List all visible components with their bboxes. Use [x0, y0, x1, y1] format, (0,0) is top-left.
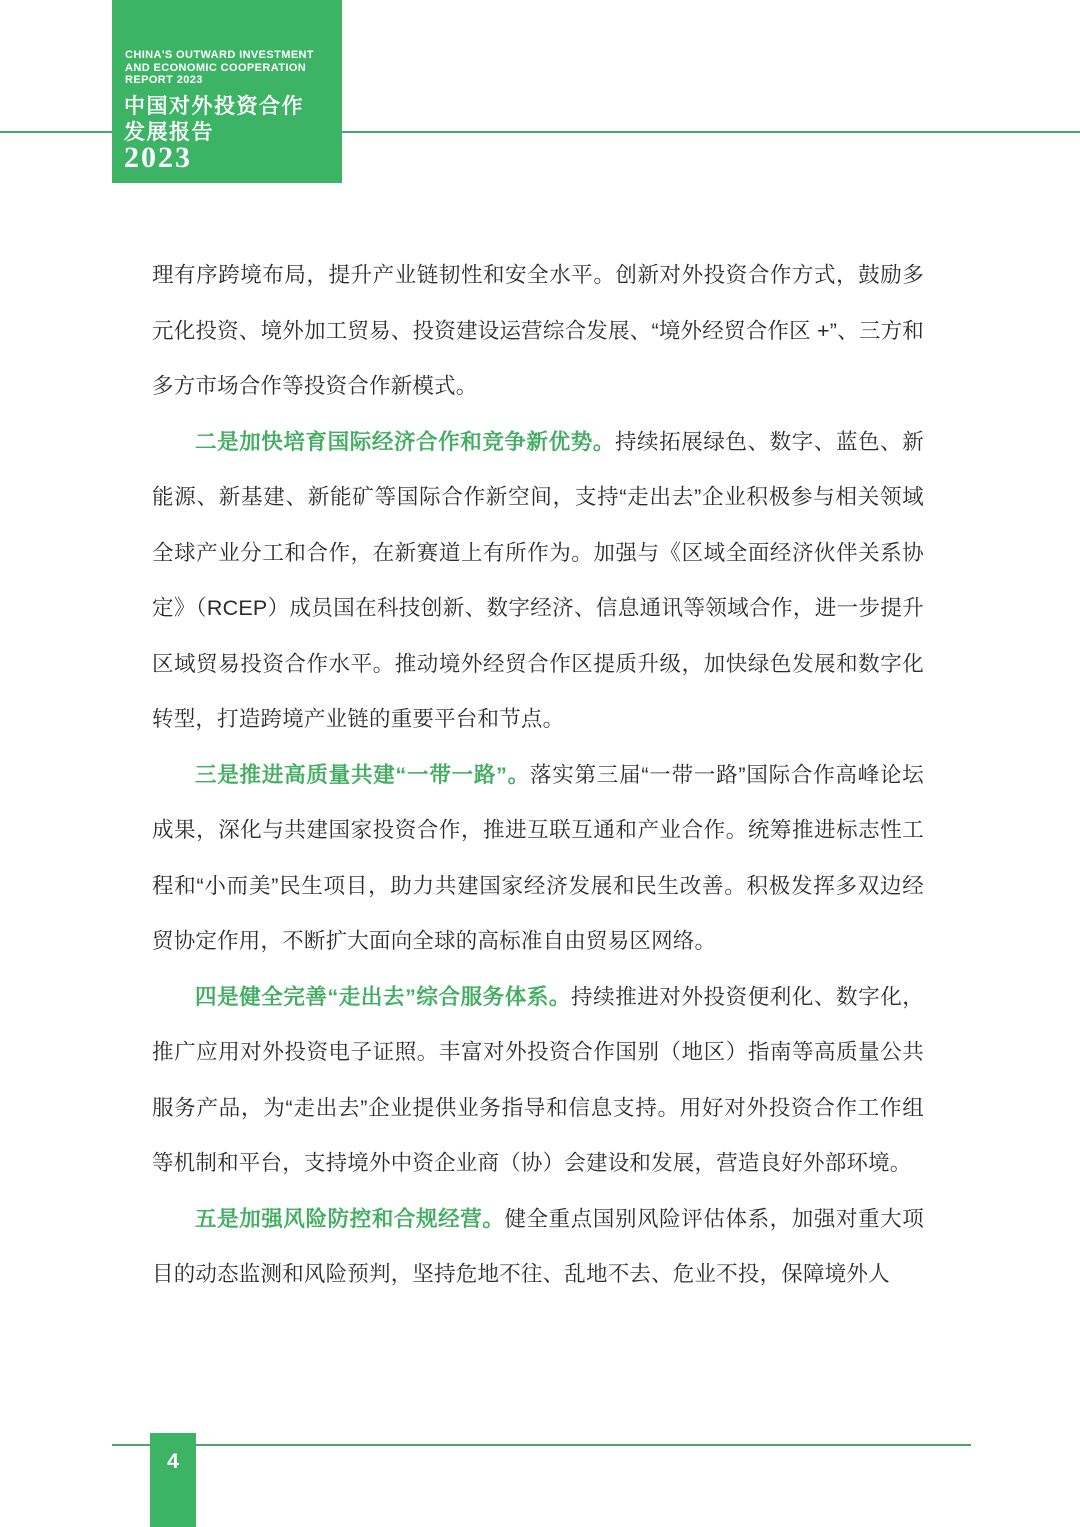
paragraph-lead: 三是推进高质量共建“一带一路”。 [195, 763, 530, 787]
paragraph-text: 理有序跨境布局，提升产业链韧性和安全水平。创新对外投资合作方式，鼓励多元化投资、… [152, 263, 924, 398]
paragraph: 五是加强风险防控和合规经营。健全重点国别风险评估体系，加强对重大项目的动态监测和… [152, 1192, 924, 1303]
paragraph-text: 落实第三届“一带一路”国际合作高峰论坛成果，深化与共建国家投资合作，推进互联互通… [152, 763, 924, 954]
report-header-block: CHINA'S OUTWARD INVESTMENT AND ECONOMIC … [112, 0, 342, 183]
report-title-english: CHINA'S OUTWARD INVESTMENT AND ECONOMIC … [125, 49, 314, 87]
footer-horizontal-rule [112, 1444, 971, 1446]
report-year: 2023 [124, 141, 192, 175]
report-title-english-line: REPORT 2023 [125, 74, 314, 87]
report-title-english-line: CHINA'S OUTWARD INVESTMENT [125, 49, 314, 62]
report-title-chinese: 中国对外投资合作 发展报告 [124, 94, 304, 146]
page-number: 4 [167, 1450, 179, 1473]
body-text: 理有序跨境布局，提升产业链韧性和安全水平。创新对外投资合作方式，鼓励多元化投资、… [152, 248, 924, 1303]
paragraph: 二是加快培育国际经济合作和竞争新优势。持续拓展绿色、数字、蓝色、新能源、新基建、… [152, 415, 924, 748]
paragraph-lead: 二是加快培育国际经济合作和竞争新优势。 [195, 430, 615, 454]
paragraph-text: 持续拓展绿色、数字、蓝色、新能源、新基建、新能矿等国际合作新空间，支持“走出去”… [152, 430, 924, 732]
paragraph-text: 持续推进对外投资便利化、数字化，推广应用对外投资电子证照。丰富对外投资合作国别（… [152, 985, 924, 1176]
report-title-chinese-line: 中国对外投资合作 [124, 94, 304, 120]
page-number-box: 4 [150, 1433, 196, 1527]
paragraph-lead: 四是健全完善“走出去”综合服务体系。 [195, 985, 571, 1009]
paragraph-lead: 五是加强风险防控和合规经营。 [195, 1207, 504, 1231]
page: { "colors": { "brand_green": "#3db465", … [0, 0, 1080, 1527]
paragraph: 理有序跨境布局，提升产业链韧性和安全水平。创新对外投资合作方式，鼓励多元化投资、… [152, 248, 924, 415]
paragraph: 四是健全完善“走出去”综合服务体系。持续推进对外投资便利化、数字化，推广应用对外… [152, 970, 924, 1192]
paragraph: 三是推进高质量共建“一带一路”。落实第三届“一带一路”国际合作高峰论坛成果，深化… [152, 748, 924, 970]
report-title-english-line: AND ECONOMIC COOPERATION [125, 62, 314, 75]
